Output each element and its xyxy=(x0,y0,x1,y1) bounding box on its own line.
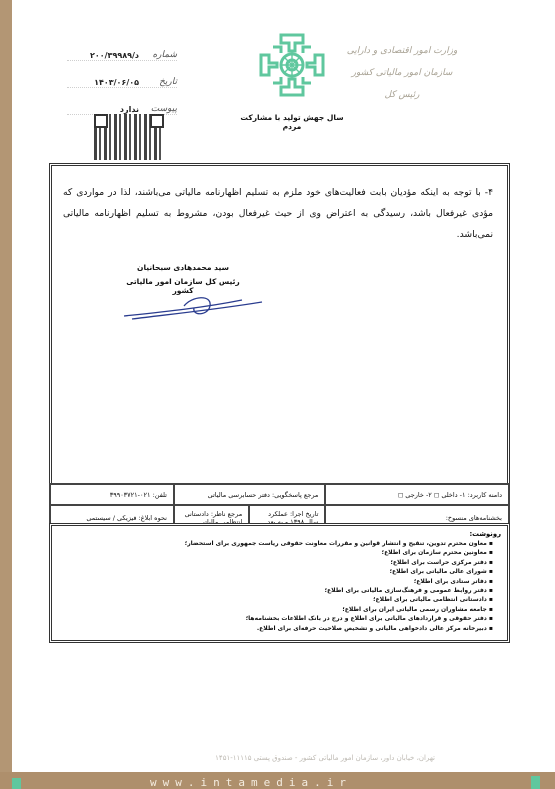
info-row-1: دامنه کاربرد: ۱- داخلی ◻ ۲- خارجی ◻ مرجع… xyxy=(50,484,509,505)
responder-cell: مرجع پاسخگویی: دفتر حسابرسی مالیاتی xyxy=(174,484,325,505)
body-paragraph: ۴- با توجه به اینکه مؤدیان بابت فعالیت‌ه… xyxy=(63,182,493,245)
cc-item: جامعه مشاوران رسمی مالیاتی ایران برای اط… xyxy=(52,605,493,614)
cc-item: دبیرخانه مرکز عالی دادخواهی مالیاتی و تش… xyxy=(52,624,493,633)
cc-item: دفتر حقوقی و قراردادهای مالیاتی برای اطل… xyxy=(52,614,493,623)
year-slogan: سال جهش تولید با مشارکت مردم xyxy=(230,113,354,131)
footer-website: www.intamedia.ir xyxy=(150,776,352,789)
left-border-strip xyxy=(0,0,12,789)
cc-title: رونوشت: xyxy=(52,526,507,539)
letter-number-label: شماره xyxy=(145,50,177,60)
letter-date-value: ۱۴۰۳/۰۶/۰۵ xyxy=(94,78,145,87)
green-square-icon xyxy=(531,776,540,789)
letter-date-row: تاریخ ۱۴۰۳/۰۶/۰۵ xyxy=(67,65,177,88)
footer-address: تهران، خیابان داور، سازمان امور مالیاتی … xyxy=(215,754,435,762)
tax-organization-emblem-icon xyxy=(259,33,325,97)
cc-list: معاون محترم تدوین، تنقیح و انتشار قوانین… xyxy=(52,539,507,633)
cc-item: معاونین محترم سازمان برای اطلاع؛ xyxy=(52,548,493,557)
cc-item: دفاتر ستادی برای اطلاع؛ xyxy=(52,577,493,586)
cc-item: دفتر روابط عمومی و فرهنگ‌سازی مالیاتی بر… xyxy=(52,586,493,595)
phone-cell: تلفن: ۰۲۱-۳۹۹۰۳۷۲۱ xyxy=(50,484,174,505)
ministry-header: وزارت امور اقتصادی و دارایی سازمان امور … xyxy=(317,40,487,106)
ministry-line-2: سازمان امور مالیاتی کشور xyxy=(317,62,487,84)
attachment-value: ندارد xyxy=(120,105,145,114)
cc-item: دفتر مرکزی حراست برای اطلاع؛ xyxy=(52,558,493,567)
letter-date-label: تاریخ xyxy=(145,77,177,87)
ministry-line-3: رئیس کل xyxy=(317,84,487,106)
cc-item: دادستانی انتظامی مالیاتی برای اطلاع؛ xyxy=(52,595,493,604)
attachment-row: پیوست ندارد xyxy=(67,92,177,115)
cc-item: شورای عالی مالیاتی برای اطلاع؛ xyxy=(52,567,493,576)
letter-number-value: د/۲۰۰/۳۹۹۸۹ xyxy=(90,51,145,60)
letter-page: وزارت امور اقتصادی و دارایی سازمان امور … xyxy=(12,0,555,775)
letter-number-row: شماره د/۲۰۰/۳۹۹۸۹ xyxy=(67,38,177,61)
letter-meta: شماره د/۲۰۰/۳۹۹۸۹ تاریخ ۱۴۰۳/۰۶/۰۵ پیوست… xyxy=(67,38,177,119)
qr-code-icon xyxy=(94,114,164,160)
cc-item: معاون محترم تدوین، تنقیح و انتشار قوانین… xyxy=(52,539,493,548)
green-square-icon xyxy=(12,778,21,789)
letter-body-box: ۴- با توجه به اینکه مؤدیان بابت فعالیت‌ه… xyxy=(49,163,510,490)
attachment-label: پیوست xyxy=(145,104,177,114)
ministry-line-1: وزارت امور اقتصادی و دارایی xyxy=(317,40,487,62)
signer-name: سید محمدهادی سبحانیان xyxy=(118,263,248,272)
scope-cell: دامنه کاربرد: ۱- داخلی ◻ ۲- خارجی ◻ xyxy=(325,484,509,505)
handwritten-signature-icon xyxy=(122,286,272,322)
cc-box: رونوشت: معاون محترم تدوین، تنقیح و انتشا… xyxy=(49,523,510,643)
